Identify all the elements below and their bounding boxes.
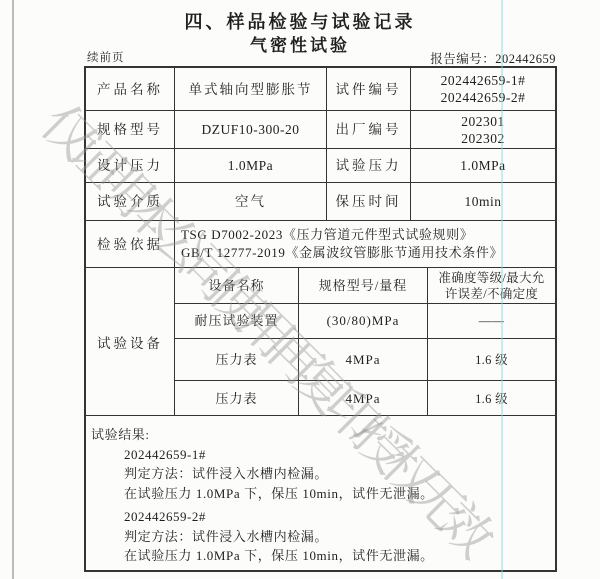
equipment-1-range: (30/80)MPa [298, 304, 427, 338]
test-results-cell: 试验结果: 202442659-1# 判定方法：试件浸入水槽内检漏。 在试验压力… [86, 416, 555, 570]
scanner-streak-line [501, 0, 503, 579]
result-2-method: 判定方法：试件浸入水槽内检漏。 [124, 527, 547, 547]
report-number: 报告编号：202442659 [430, 49, 556, 67]
table-row-medium: 试验介质 空气 保压时间 10min [86, 182, 555, 220]
equipment-3-name: 压力表 [175, 381, 298, 416]
test-pressure-value: 1.0MPa [410, 149, 555, 182]
factory-no-value: 202301 202302 [410, 111, 555, 148]
table-row-equipment: 试验设备 设备名称 规格型号/量程 准确度等级/最大允许误差/不确定度 耐压试验… [86, 267, 555, 415]
equipment-row-2: 压力表 4MPa 1.6 级 [175, 338, 555, 380]
factory-no-label: 出厂编号 [326, 111, 410, 148]
equipment-2-accuracy: 1.6 级 [427, 339, 555, 380]
equipment-accuracy-header: 准确度等级/最大允许误差/不确定度 [427, 268, 555, 303]
table-row-results: 试验结果: 202442659-1# 判定方法：试件浸入水槽内检漏。 在试验压力… [86, 415, 555, 570]
scan-edge-line [12, 0, 14, 579]
report-number-value: 202442659 [495, 52, 556, 66]
specimen-no-label: 试件编号 [326, 68, 410, 110]
equipment-range-header: 规格型号/量程 [298, 268, 427, 303]
table-row-pressure: 设计压力 1.0MPa 试验压力 1.0MPa [86, 148, 555, 182]
test-medium-label: 试验介质 [86, 183, 174, 220]
product-name-label: 产品名称 [86, 68, 174, 110]
test-medium-value: 空气 [174, 183, 326, 220]
equipment-1-name: 耐压试验装置 [175, 304, 298, 338]
specimen-no-line1: 202442659-1# [441, 72, 526, 89]
test-results-label: 试验结果: [91, 425, 547, 445]
factory-no-line1: 202301 [461, 113, 505, 130]
basis-standard-2: GB/T 12777-2019《金属波纹管膨胀节通用技术条件》 [181, 244, 555, 262]
equipment-subtable: 设备名称 规格型号/量程 准确度等级/最大允许误差/不确定度 耐压试验装置 (3… [174, 268, 555, 415]
result-entry-1: 202442659-1# 判定方法：试件浸入水槽内检漏。 在试验压力 1.0MP… [124, 445, 547, 504]
test-record-table: 产品名称 单式轴向型膨胀节 试件编号 202442659-1# 20244265… [84, 66, 557, 572]
table-row-spec: 规格型号 DZUF10-300-20 出厂编号 202301 202302 [86, 110, 555, 148]
result-2-id: 202442659-2# [124, 507, 547, 527]
spec-model-value: DZUF10-300-20 [174, 111, 326, 148]
table-row-product: 产品名称 单式轴向型膨胀节 试件编号 202442659-1# 20244265… [86, 68, 555, 110]
factory-no-line2: 202302 [461, 130, 505, 147]
holding-time-label: 保压时间 [326, 183, 410, 220]
holding-time-value: 10min [410, 183, 555, 220]
equipment-2-range: 4MPa [298, 339, 427, 380]
design-pressure-value: 1.0MPa [174, 149, 326, 182]
equipment-1-accuracy: —— [427, 304, 555, 338]
product-name-value: 单式轴向型膨胀节 [174, 68, 326, 110]
equipment-section-label: 试验设备 [86, 268, 174, 415]
table-row-basis: 检验依据 TSG D7002-2023《压力管道元件型式试验规则》 GB/T 1… [86, 220, 555, 267]
result-1-detail: 在试验压力 1.0MPa 下，保压 10min，试件无泄漏。 [124, 484, 547, 504]
equipment-header-row: 设备名称 规格型号/量程 准确度等级/最大允许误差/不确定度 [175, 268, 555, 303]
result-2-detail: 在试验压力 1.0MPa 下，保压 10min，试件无泄漏。 [124, 546, 547, 566]
result-1-id: 202442659-1# [124, 445, 547, 465]
report-number-label: 报告编号： [430, 52, 495, 66]
result-entry-2: 202442659-2# 判定方法：试件浸入水槽内检漏。 在试验压力 1.0MP… [124, 507, 547, 566]
specimen-no-value: 202442659-1# 202442659-2# [410, 68, 555, 110]
result-1-method: 判定方法：试件浸入水槽内检漏。 [124, 464, 547, 484]
continued-note: 续前页 [87, 49, 125, 65]
equipment-3-accuracy: 1.6 级 [427, 381, 555, 416]
basis-standard-1: TSG D7002-2023《压力管道元件型式试验规则》 [181, 226, 555, 244]
inspection-basis-label: 检验依据 [86, 221, 174, 267]
design-pressure-label: 设计压力 [86, 149, 174, 182]
equipment-3-range: 4MPa [298, 381, 427, 416]
inspection-basis-value: TSG D7002-2023《压力管道元件型式试验规则》 GB/T 12777-… [174, 221, 555, 267]
equipment-row-3: 压力表 4MPa 1.6 级 [175, 380, 555, 416]
equipment-2-name: 压力表 [175, 339, 298, 380]
test-pressure-label: 试验压力 [326, 149, 410, 182]
specimen-no-line2: 202442659-2# [441, 89, 526, 106]
spec-model-label: 规格型号 [86, 111, 174, 148]
equipment-name-header: 设备名称 [175, 268, 298, 303]
equipment-row-1: 耐压试验装置 (30/80)MPa —— [175, 303, 555, 338]
